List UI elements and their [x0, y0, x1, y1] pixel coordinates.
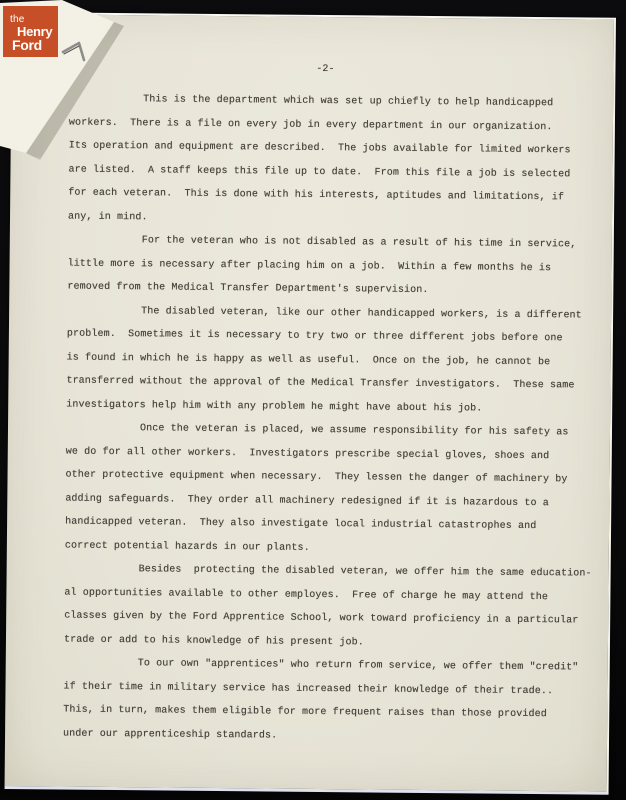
scan-background: -2- This is the department which was set… — [0, 0, 626, 800]
page-number: -2- — [69, 62, 581, 90]
henry-ford-logo: the Henry Ford — [3, 6, 58, 57]
document-body: This is the department which was set up … — [63, 94, 581, 757]
logo-text-ford: Ford — [12, 38, 42, 52]
typed-content: -2- This is the department which was set… — [63, 62, 582, 757]
document-page: -2- This is the department which was set… — [5, 12, 616, 795]
text-line: under our apprenticeship standards. — [63, 728, 575, 756]
staple-icon — [58, 36, 92, 70]
